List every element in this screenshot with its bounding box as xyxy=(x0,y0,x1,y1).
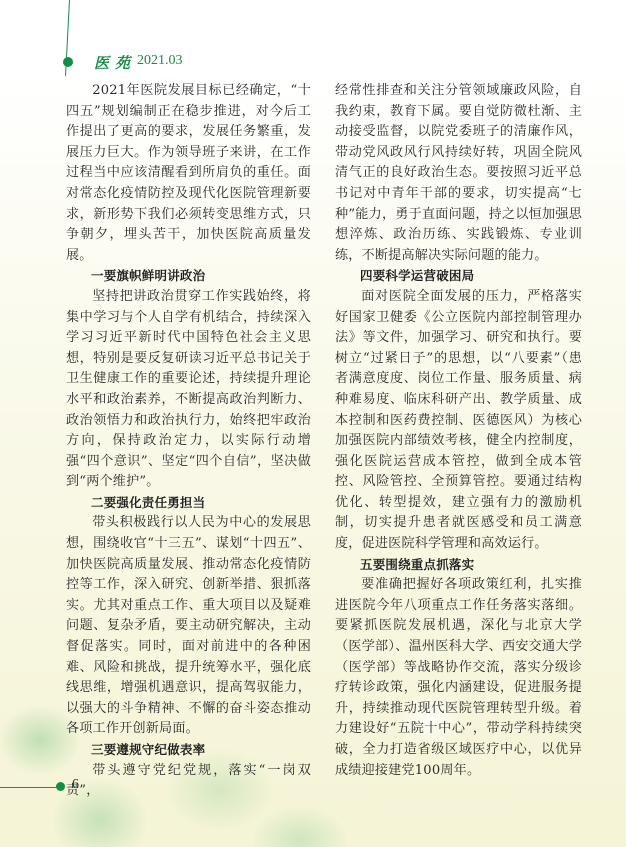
section-2-body: 带头积极践行以人民为中心的发展思想，围绕收官“十三五”、谋划“十四五”、加快医院… xyxy=(66,513,311,740)
left-column: 2021年医院发展目标已经确定，“十四五”规划编制正在稳步推进，对今后工作提出了… xyxy=(66,81,311,802)
section-4-body: 面对医院全面发展的压力，严格落实好国家卫健委《公立医院内部控制管理办法》等文件，… xyxy=(335,287,582,555)
header-dot-icon xyxy=(63,57,73,67)
section-2-heading: 二要强化责任勇担当 xyxy=(66,493,311,514)
footer-decorative-line xyxy=(0,787,60,788)
section-1-heading: 一要旗帜鲜明讲政治 xyxy=(66,266,311,287)
section-3-body-start: 带头遵守党纪党规，落实“一岗双责”， xyxy=(66,761,311,802)
right-column: 经常性排查和关注分管领域廉政风险，自我约束，教育下属。要自觉防微杜渐、主动接受监… xyxy=(335,81,582,781)
footer-dot-icon xyxy=(56,782,65,791)
section-1-body: 坚持把讲政治贯穿工作实践始终，将集中学习与个人自学有机结合，持续深入学习习近平新… xyxy=(66,287,311,493)
section-4-heading: 四要科学运营破困局 xyxy=(335,266,582,287)
page-number: 6 xyxy=(72,777,79,793)
section-3-heading: 三要遵规守纪做表率 xyxy=(66,740,311,761)
issue-date: 2021.03 xyxy=(137,53,183,69)
magazine-page: 医苑 2021.03 2021年医院发展目标已经确定，“十四五”规划编制正在稳步… xyxy=(0,0,626,847)
section-3-body-continued: 经常性排查和关注分管领域廉政风险，自我约束，教育下属。要自觉防微杜渐、主动接受监… xyxy=(335,81,582,266)
intro-paragraph: 2021年医院发展目标已经确定，“十四五”规划编制正在稳步推进，对今后工作提出了… xyxy=(66,81,311,266)
magazine-title: 医苑 xyxy=(94,52,136,73)
section-5-body: 要准确把握好各项政策红利，扎实推进医院今年八项重点工作任务落实落细。要紧抓医院发… xyxy=(335,575,582,781)
section-5-heading: 五要围绕重点抓落实 xyxy=(335,555,582,576)
